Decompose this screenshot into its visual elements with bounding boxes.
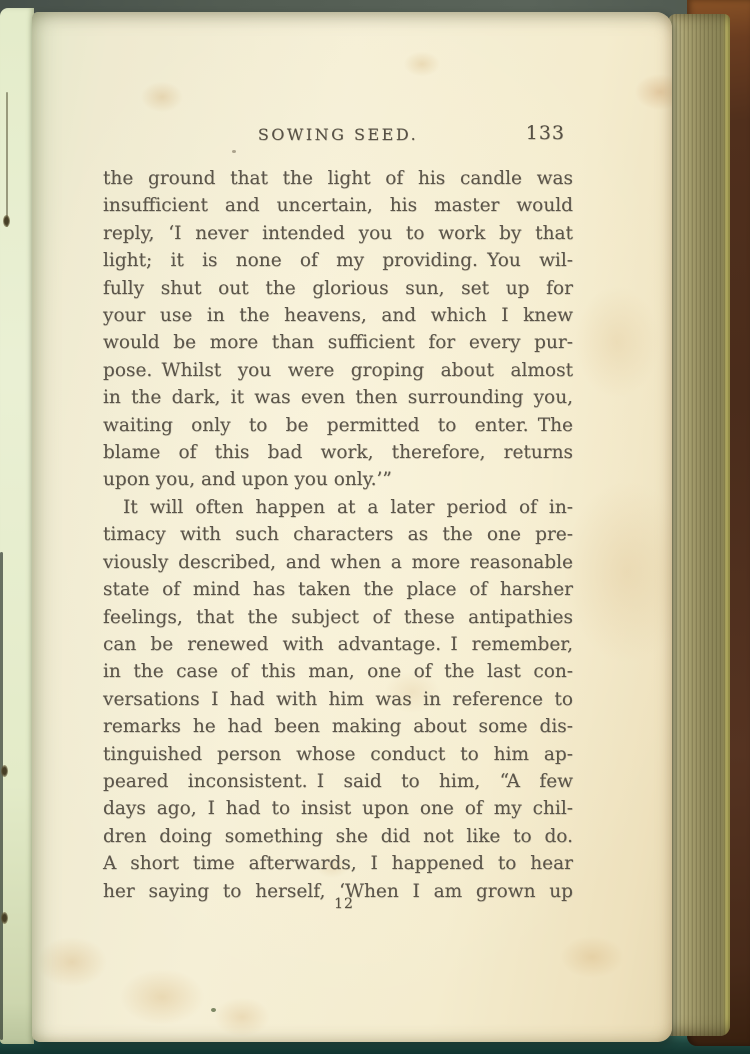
text-line: state of mind has taken the place of har… xyxy=(103,576,573,603)
text-line: peared inconsistent. I said to him, “A f… xyxy=(103,768,573,795)
text-line: can be renewed with advantage. I remembe… xyxy=(103,631,573,658)
text-line: remarks he had been making about some di… xyxy=(103,713,573,740)
text-line: viously described, and when a more reaso… xyxy=(103,549,573,576)
binding-stitch-knot xyxy=(1,765,8,777)
text-line: waiting only to be permitted to enter. T… xyxy=(103,412,573,439)
text-line: days ago, I had to insist upon one of my… xyxy=(103,795,573,822)
text-line: your use in the heavens, and which I kne… xyxy=(103,302,573,329)
binding-stitch-knot xyxy=(3,215,10,227)
text-line: blame of this bad work, therefore, retur… xyxy=(103,439,573,466)
paragraph: the ground that the light of his candle … xyxy=(103,165,573,494)
signature-mark: 12 xyxy=(109,896,579,912)
text-line: reply, ‘I never intended you to work by … xyxy=(103,220,573,247)
paper-speck xyxy=(232,150,236,153)
text-line: in the dark, it was even then surroundin… xyxy=(103,384,573,411)
text-line: tinguished person whose conduct to him a… xyxy=(103,741,573,768)
paper-speck xyxy=(211,1008,216,1012)
text-line: light; it is none of my providing. You w… xyxy=(103,247,573,274)
scanned-book-photo: SOWING SEED. 133 the ground that the lig… xyxy=(0,0,750,1054)
text-line: timacy with such characters as the one p… xyxy=(103,521,573,548)
text-line: fully shut out the glorious sun, set up … xyxy=(103,275,573,302)
paragraph: It will often happen at a later period o… xyxy=(103,494,573,905)
text-line: It will often happen at a later period o… xyxy=(103,494,573,521)
binding-gutter-shadow xyxy=(0,552,3,1040)
text-line: A short time afterwards, I happened to h… xyxy=(103,850,573,877)
body-text: the ground that the light of his candle … xyxy=(103,165,573,905)
text-line: insufficient and uncertain, his master w… xyxy=(103,192,573,219)
running-header: SOWING SEED. 133 xyxy=(103,125,573,149)
text-line: pose. Whilst you were groping about almo… xyxy=(103,357,573,384)
text-line: versations I had with him was in referen… xyxy=(103,686,573,713)
binding-stitch-knot xyxy=(1,912,8,924)
text-line: in the case of this man, one of the last… xyxy=(103,658,573,685)
page-title: SOWING SEED. xyxy=(103,125,573,144)
binding-thread xyxy=(6,92,8,227)
text-line: would be more than sufficient for every … xyxy=(103,329,573,356)
page-stack-fore-edge xyxy=(668,14,730,1036)
text-line: feelings, that the subject of these anti… xyxy=(103,604,573,631)
text-line: the ground that the light of his candle … xyxy=(103,165,573,192)
page-number: 133 xyxy=(526,122,565,144)
text-line: upon you, and upon you only.’” xyxy=(103,466,573,493)
text-line: dren doing something she did not like to… xyxy=(103,823,573,850)
book-page: SOWING SEED. 133 the ground that the lig… xyxy=(32,12,672,1042)
